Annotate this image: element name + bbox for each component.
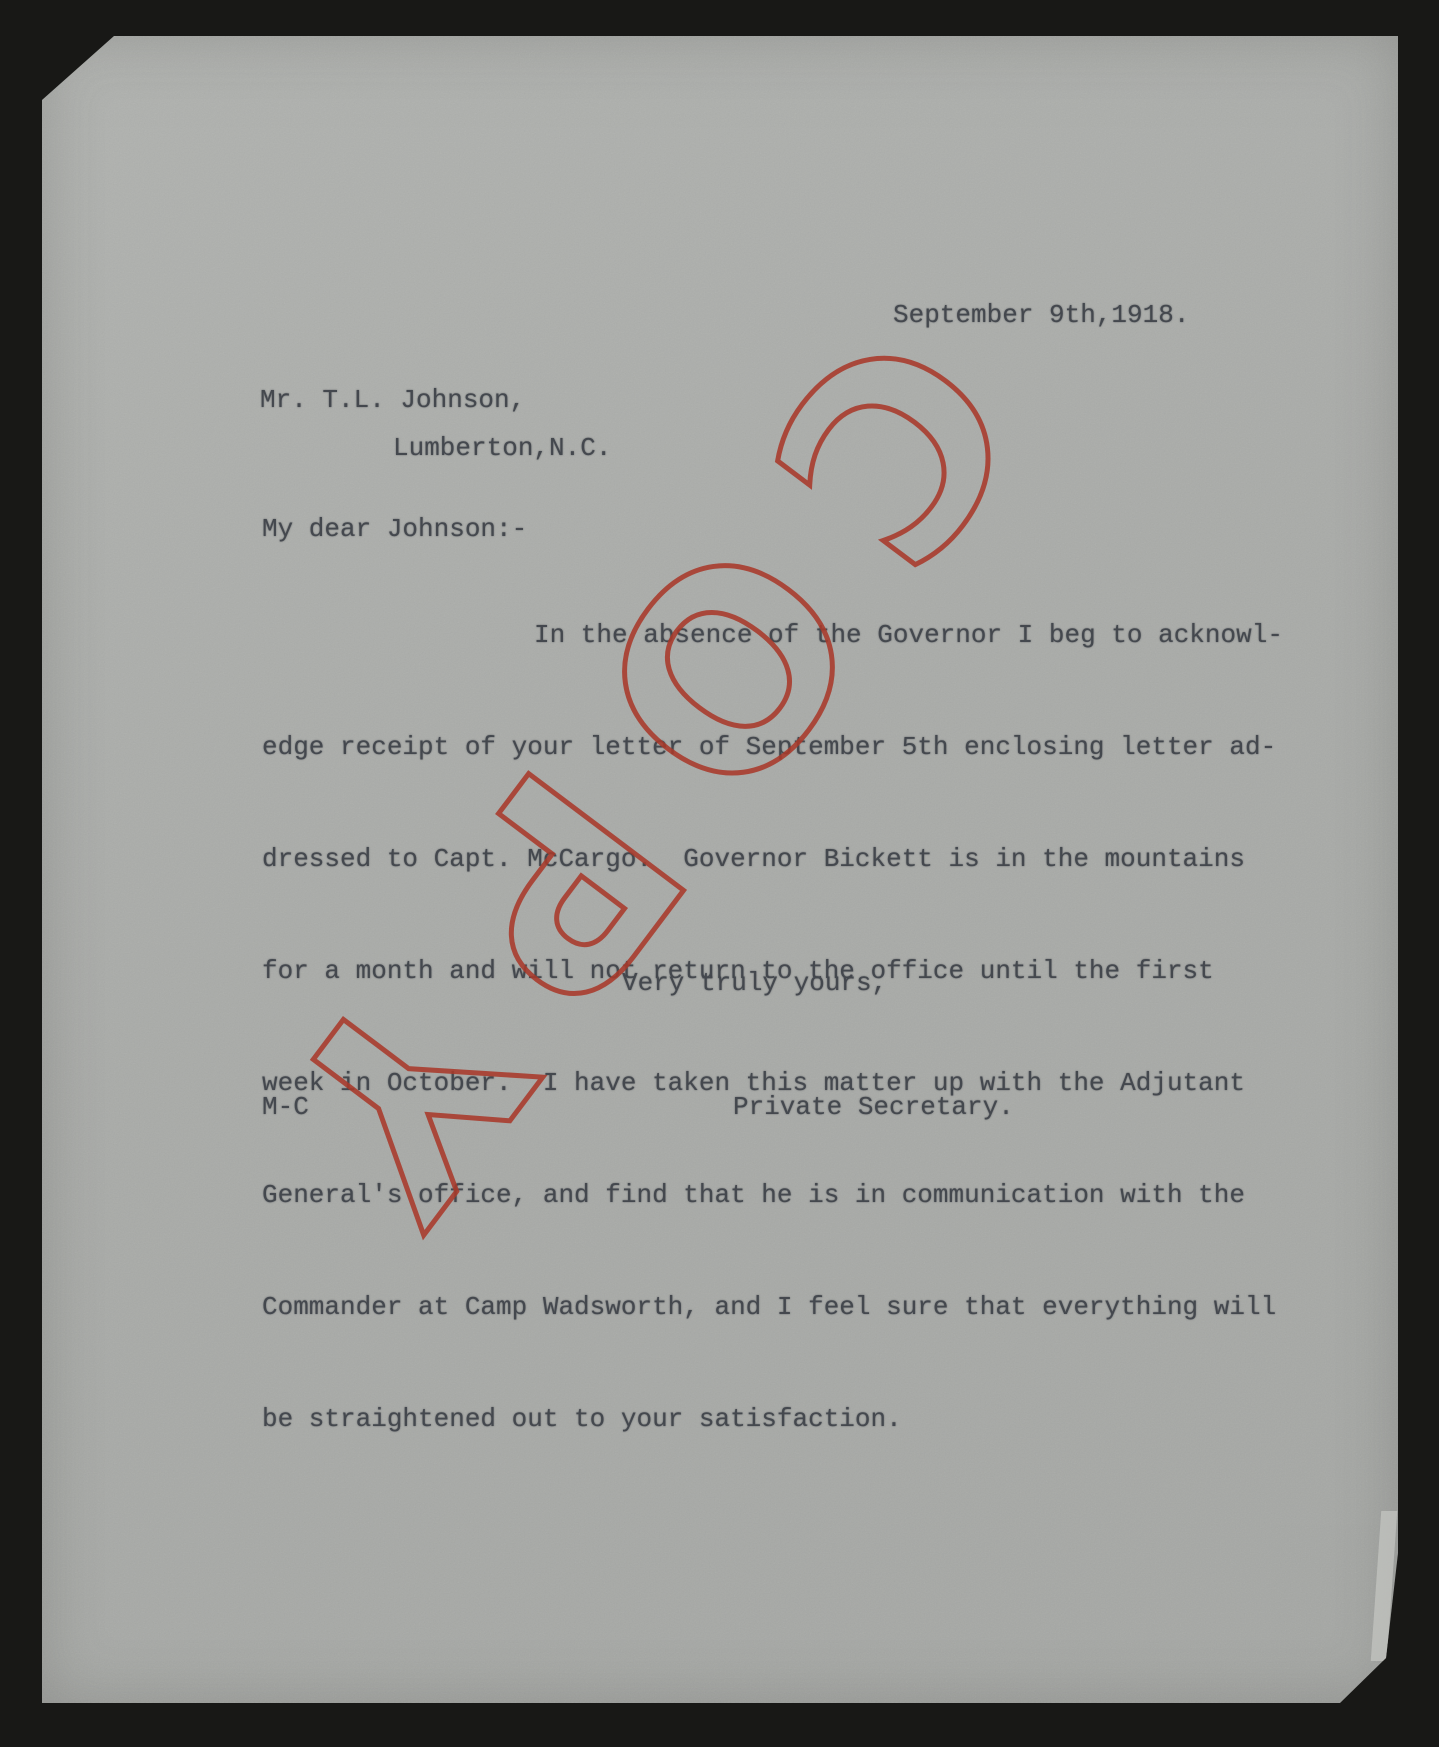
scanned-letter-page: September 9th,1918. Mr. T.L. Johnson, Lu… [0,0,1439,1747]
letter-body: In the absence of the Governor I beg to … [262,560,1283,1516]
body-line: edge receipt of your letter of September… [262,732,1283,784]
paper-corner-fold [1371,1511,1397,1661]
body-line: In the absence of the Governor I beg to … [262,620,1283,672]
typist-initials: M-C [262,1092,309,1122]
body-line: Commander at Camp Wadsworth, and I feel … [262,1292,1283,1344]
closing-phrase: Very truly yours, [622,968,887,998]
recipient-city: Lumberton,N.C. [393,433,611,463]
signature-title: Private Secretary. [733,1092,1014,1122]
recipient-name: Mr. T.L. Johnson, [260,385,525,415]
letter-paper: September 9th,1918. Mr. T.L. Johnson, Lu… [42,36,1398,1703]
body-line: dressed to Capt. McCargo. Governor Bicke… [262,844,1283,896]
body-line: General's office, and find that he is in… [262,1180,1283,1232]
salutation: My dear Johnson:- [262,514,527,544]
letter-date: September 9th,1918. [893,300,1189,330]
body-line: be straightened out to your satisfaction… [262,1404,1283,1456]
